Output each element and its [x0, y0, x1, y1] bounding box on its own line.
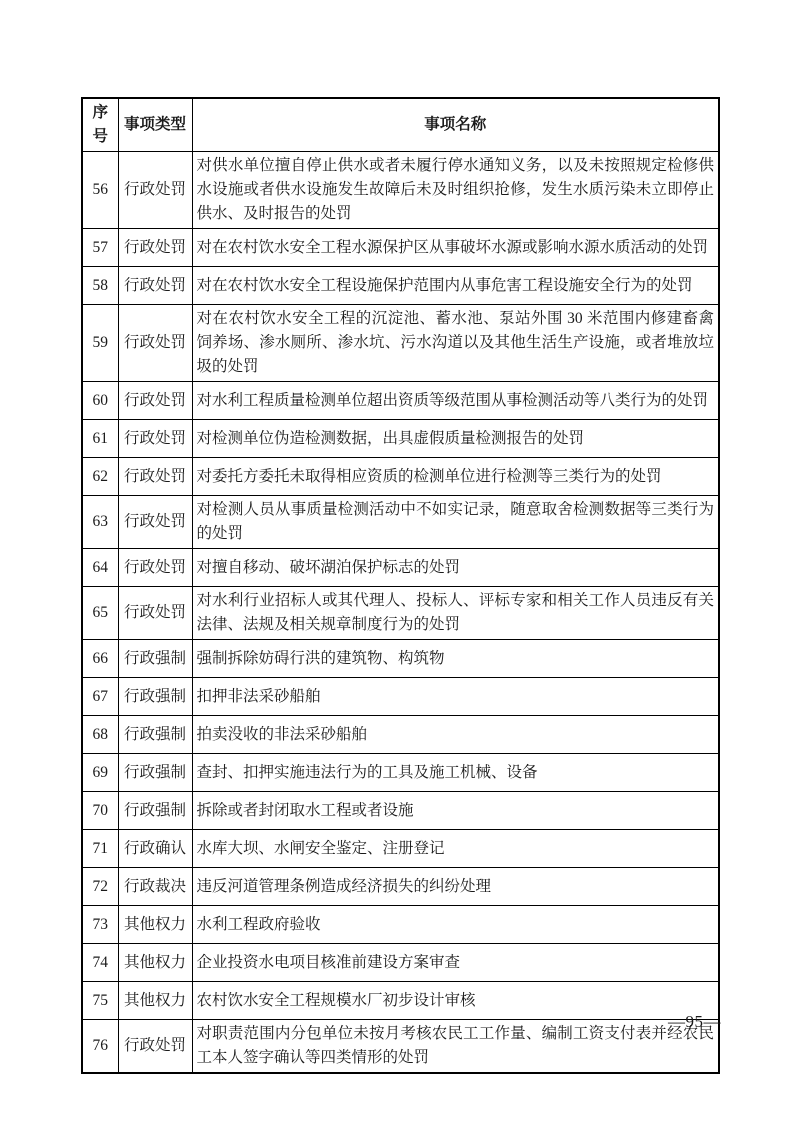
table-row: 73其他权力水利工程政府验收 [82, 906, 719, 944]
item-type-cell: 行政处罚 [118, 458, 192, 496]
item-type-cell: 行政处罚 [118, 549, 192, 587]
serial-number-cell: 75 [82, 982, 118, 1020]
item-name-cell: 对委托方委托未取得相应资质的检测单位进行检测等三类行为的处罚 [192, 458, 719, 496]
table-row: 56行政处罚对供水单位擅自停止供水或者未履行停水通知义务，以及未按照规定检修供水… [82, 152, 719, 229]
header-item-type: 事项类型 [118, 98, 192, 152]
table-row: 57行政处罚对在农村饮水安全工程水源保护区从事破坏水源或影响水源水质活动的处罚 [82, 229, 719, 267]
table-row: 72行政裁决违反河道管理条例造成经济损失的纠纷处理 [82, 868, 719, 906]
serial-number-cell: 72 [82, 868, 118, 906]
serial-number-cell: 65 [82, 587, 118, 640]
document-page: 序号 事项类型 事项名称 56行政处罚对供水单位擅自停止供水或者未履行停水通知义… [0, 0, 793, 1122]
serial-number-cell: 64 [82, 549, 118, 587]
serial-number-cell: 62 [82, 458, 118, 496]
serial-number-cell: 60 [82, 382, 118, 420]
serial-number-cell: 74 [82, 944, 118, 982]
serial-number-cell: 70 [82, 792, 118, 830]
item-name-cell: 对水利行业招标人或其代理人、投标人、评标专家和相关工作人员违反有关法律、法规及相… [192, 587, 719, 640]
item-type-cell: 行政处罚 [118, 496, 192, 549]
table-row: 70行政强制拆除或者封闭取水工程或者设施 [82, 792, 719, 830]
item-name-cell: 对职责范围内分包单位未按月考核农民工工作量、编制工资支付表并经农民工本人签字确认… [192, 1020, 719, 1074]
item-type-cell: 其他权力 [118, 982, 192, 1020]
item-type-cell: 行政强制 [118, 678, 192, 716]
header-serial-number: 序号 [82, 98, 118, 152]
table-header-row: 序号 事项类型 事项名称 [82, 98, 719, 152]
item-type-cell: 行政处罚 [118, 420, 192, 458]
table-row: 62行政处罚对委托方委托未取得相应资质的检测单位进行检测等三类行为的处罚 [82, 458, 719, 496]
serial-number-cell: 69 [82, 754, 118, 792]
item-type-cell: 行政处罚 [118, 305, 192, 382]
table-row: 68行政强制拍卖没收的非法采砂船舶 [82, 716, 719, 754]
serial-number-cell: 68 [82, 716, 118, 754]
serial-number-cell: 57 [82, 229, 118, 267]
item-name-cell: 水库大坝、水闸安全鉴定、注册登记 [192, 830, 719, 868]
item-type-cell: 行政强制 [118, 716, 192, 754]
item-type-cell: 行政强制 [118, 792, 192, 830]
item-type-cell: 其他权力 [118, 906, 192, 944]
item-type-cell: 行政强制 [118, 640, 192, 678]
table-row: 66行政强制强制拆除妨碍行洪的建筑物、构筑物 [82, 640, 719, 678]
item-type-cell: 其他权力 [118, 944, 192, 982]
table-row: 59行政处罚对在农村饮水安全工程的沉淀池、蓄水池、泵站外围 30 米范围内修建畜… [82, 305, 719, 382]
table-row: 60行政处罚对水利工程质量检测单位超出资质等级范围从事检测活动等八类行为的处罚 [82, 382, 719, 420]
item-name-cell: 对供水单位擅自停止供水或者未履行停水通知义务，以及未按照规定检修供水设施或者供水… [192, 152, 719, 229]
item-type-cell: 行政处罚 [118, 229, 192, 267]
table-row: 74其他权力企业投资水电项目核准前建设方案审查 [82, 944, 719, 982]
header-item-name: 事项名称 [192, 98, 719, 152]
item-name-cell: 拆除或者封闭取水工程或者设施 [192, 792, 719, 830]
serial-number-cell: 73 [82, 906, 118, 944]
item-type-cell: 行政处罚 [118, 1020, 192, 1074]
serial-number-cell: 76 [82, 1020, 118, 1074]
serial-number-cell: 67 [82, 678, 118, 716]
serial-number-cell: 59 [82, 305, 118, 382]
item-type-cell: 行政处罚 [118, 382, 192, 420]
serial-number-cell: 66 [82, 640, 118, 678]
page-number: —95— [668, 1012, 721, 1032]
table-row: 67行政强制扣押非法采砂船舶 [82, 678, 719, 716]
table-row: 63行政处罚对检测人员从事质量检测活动中不如实记录，随意取舍检测数据等三类行为的… [82, 496, 719, 549]
serial-number-cell: 58 [82, 267, 118, 305]
serial-number-cell: 61 [82, 420, 118, 458]
item-name-cell: 拍卖没收的非法采砂船舶 [192, 716, 719, 754]
item-type-cell: 行政处罚 [118, 267, 192, 305]
item-type-cell: 行政处罚 [118, 152, 192, 229]
item-name-cell: 水利工程政府验收 [192, 906, 719, 944]
item-type-cell: 行政确认 [118, 830, 192, 868]
item-name-cell: 扣押非法采砂船舶 [192, 678, 719, 716]
item-type-cell: 行政裁决 [118, 868, 192, 906]
item-name-cell: 对检测人员从事质量检测活动中不如实记录，随意取舍检测数据等三类行为的处罚 [192, 496, 719, 549]
table-row: 75其他权力农村饮水安全工程规模水厂初步设计审核 [82, 982, 719, 1020]
serial-number-cell: 63 [82, 496, 118, 549]
item-type-cell: 行政强制 [118, 754, 192, 792]
item-name-cell: 对检测单位伪造检测数据，出具虚假质量检测报告的处罚 [192, 420, 719, 458]
item-name-cell: 农村饮水安全工程规模水厂初步设计审核 [192, 982, 719, 1020]
item-name-cell: 企业投资水电项目核准前建设方案审查 [192, 944, 719, 982]
table-row: 65行政处罚对水利行业招标人或其代理人、投标人、评标专家和相关工作人员违反有关法… [82, 587, 719, 640]
item-name-cell: 对在农村饮水安全工程设施保护范围内从事危害工程设施安全行为的处罚 [192, 267, 719, 305]
item-name-cell: 强制拆除妨碍行洪的建筑物、构筑物 [192, 640, 719, 678]
items-table: 序号 事项类型 事项名称 56行政处罚对供水单位擅自停止供水或者未履行停水通知义… [81, 97, 720, 1074]
serial-number-cell: 56 [82, 152, 118, 229]
item-type-cell: 行政处罚 [118, 587, 192, 640]
table-row: 76行政处罚对职责范围内分包单位未按月考核农民工工作量、编制工资支付表并经农民工… [82, 1020, 719, 1074]
item-name-cell: 对在农村饮水安全工程的沉淀池、蓄水池、泵站外围 30 米范围内修建畜禽饲养场、渗… [192, 305, 719, 382]
table-row: 71行政确认水库大坝、水闸安全鉴定、注册登记 [82, 830, 719, 868]
table-row: 69行政强制查封、扣押实施违法行为的工具及施工机械、设备 [82, 754, 719, 792]
table-row: 64行政处罚对擅自移动、破坏湖泊保护标志的处罚 [82, 549, 719, 587]
table-row: 58行政处罚对在农村饮水安全工程设施保护范围内从事危害工程设施安全行为的处罚 [82, 267, 719, 305]
serial-number-cell: 71 [82, 830, 118, 868]
item-name-cell: 查封、扣押实施违法行为的工具及施工机械、设备 [192, 754, 719, 792]
table-row: 61行政处罚对检测单位伪造检测数据，出具虚假质量检测报告的处罚 [82, 420, 719, 458]
item-name-cell: 违反河道管理条例造成经济损失的纠纷处理 [192, 868, 719, 906]
item-name-cell: 对水利工程质量检测单位超出资质等级范围从事检测活动等八类行为的处罚 [192, 382, 719, 420]
item-name-cell: 对擅自移动、破坏湖泊保护标志的处罚 [192, 549, 719, 587]
item-name-cell: 对在农村饮水安全工程水源保护区从事破坏水源或影响水源水质活动的处罚 [192, 229, 719, 267]
